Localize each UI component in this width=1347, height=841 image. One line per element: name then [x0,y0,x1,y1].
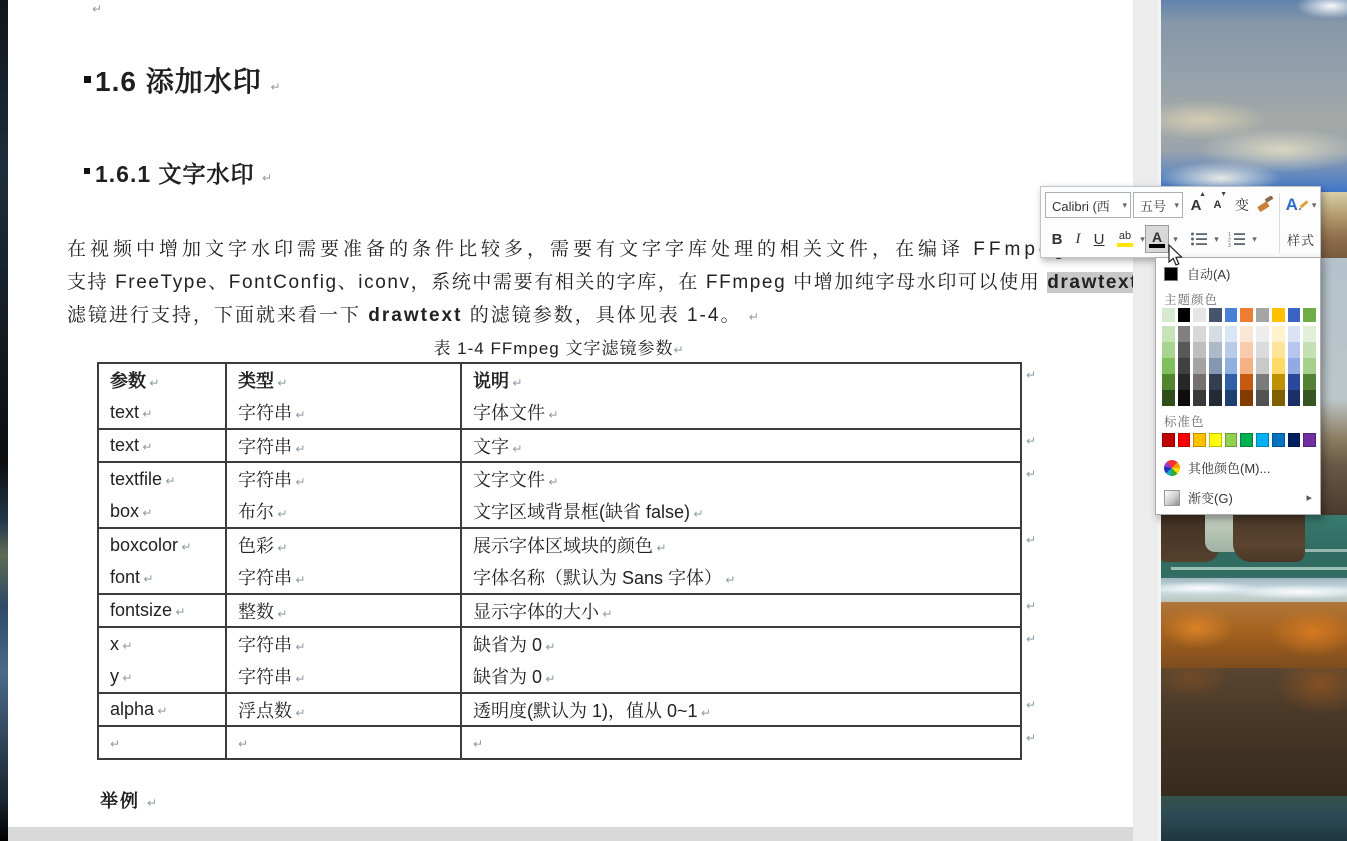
heading-1-6-1: 1.6.1 文字水印 ↵ [95,156,272,189]
theme-color-variant-swatch[interactable] [1256,374,1269,390]
table-caption: 表 1-4 FFmpeg 文字滤镜参数↵ [97,334,1020,359]
theme-color-swatch[interactable] [1162,308,1175,322]
paragraph-mark: ↵ [673,343,683,357]
automatic-color-swatch [1164,267,1178,281]
paragraph-mark: ↵ [271,80,281,94]
styles-button[interactable]: 样式 [1284,225,1318,253]
theme-color-swatch[interactable] [1209,308,1222,322]
theme-color-swatch[interactable] [1303,308,1316,322]
theme-color-variant-swatch[interactable] [1193,390,1206,406]
theme-color-variant-swatch[interactable] [1193,358,1206,374]
theme-color-variant-swatch[interactable] [1225,390,1238,406]
color-wheel-icon [1164,460,1180,476]
table-cell: 色彩 ↵ [226,528,461,561]
table-cell: 浮点数 ↵ [226,693,461,726]
theme-color-swatch[interactable] [1272,308,1285,322]
theme-color-variant-swatch[interactable] [1240,358,1253,374]
chevron-down-icon: ▾ [1174,200,1179,211]
table-cell: 布尔 ↵ [226,495,461,528]
bullet-list-button[interactable] [1187,225,1211,253]
row-end-mark: ↵ [1026,632,1036,646]
row-end-mark: ↵ [1026,698,1036,712]
row-end-mark: ↵ [1026,731,1036,745]
theme-color-variant-swatch[interactable] [1272,326,1285,342]
theme-color-variant-swatch[interactable] [1178,374,1191,390]
table-cell: 字体文件 ↵ [461,396,1021,429]
table-cell: 字符串 ↵ [226,429,461,462]
theme-color-variant-swatch[interactable] [1303,390,1316,406]
theme-color-variant-swatch[interactable] [1240,374,1253,390]
table-cell: 文字文件 ↵ [461,462,1021,495]
theme-color-variant-swatch[interactable] [1240,342,1253,358]
paragraph-mark: ↵ [92,2,102,16]
font-color-bar [1149,244,1165,248]
theme-color-variant-swatch[interactable] [1178,390,1191,406]
heading-outline-bullet [84,168,90,174]
standard-color-swatch[interactable] [1225,433,1238,447]
toolbar-separator [1279,193,1280,253]
theme-color-variant-swatch[interactable] [1162,342,1175,358]
theme-colors-label: 主题颜色 [1164,290,1218,308]
bullet-list-icon [1190,231,1208,247]
photo-wet-sand [1161,668,1347,796]
table-cell: 字体名称（默认为 Sans 字体） ↵ [461,561,1021,594]
theme-color-variant-swatch[interactable] [1303,342,1316,358]
body-paragraph-line-3: 滤镜进行支持，下面就来看一下 drawtext 的滤镜参数，具体见表 1-4。 … [67,300,759,327]
table-cell: 参数 ↵ [98,363,226,396]
table-cell: 展示字体区域块的颜色 ↵ [461,528,1021,561]
theme-color-variant-swatch[interactable] [1225,358,1238,374]
theme-color-variant-swatch[interactable] [1178,342,1191,358]
theme-color-swatch[interactable] [1178,308,1191,322]
body-paragraph-line-2: 支持 FreeType、FontConfig、iconv，系统中需要有相关的字库… [67,267,1138,294]
row-end-mark: ↵ [1026,368,1036,382]
theme-color-variant-swatch[interactable] [1162,390,1175,406]
table-cell: 字符串 ↵ [226,660,461,693]
theme-color-variant-swatch[interactable] [1288,342,1301,358]
theme-color-swatch[interactable] [1240,308,1253,322]
gradient-item[interactable]: 渐变(G) ▸ [1156,484,1320,511]
format-painter-button[interactable] [1255,192,1277,218]
standard-colors-label: 标准色 [1164,412,1205,430]
row-end-mark: ↵ [1026,434,1036,448]
theme-color-variant-swatch[interactable] [1209,374,1222,390]
left-photo-sliver [0,0,8,841]
standard-colors-row [1162,433,1316,447]
theme-color-variant-swatch[interactable] [1225,326,1238,342]
theme-color-variant-swatch[interactable] [1209,342,1222,358]
table-cell: boxcolor ↵ [98,528,226,561]
theme-color-variant-swatch[interactable] [1209,326,1222,342]
theme-color-swatch[interactable] [1193,308,1206,322]
theme-color-variant-swatch[interactable] [1178,326,1191,342]
standard-color-swatch[interactable] [1256,433,1269,447]
paragraph-mark: ↵ [147,796,157,810]
photo-shallow-water [1161,796,1347,841]
table-cell: fontsize ↵ [98,594,226,627]
table-cell: 透明度(默认为 1)，值从 0~1 ↵ [461,693,1021,726]
table-cell: ↵ [226,726,461,759]
theme-color-variant-swatch[interactable] [1209,390,1222,406]
theme-color-variant-swatch[interactable] [1303,358,1316,374]
theme-colors-variants [1162,326,1316,406]
table-cell: textfile ↵ [98,462,226,495]
photo-sunset-reflection [1161,602,1347,668]
theme-color-variant-swatch[interactable] [1288,374,1301,390]
table-cell: 字符串 ↵ [226,561,461,594]
standard-color-swatch[interactable] [1272,433,1285,447]
theme-color-variant-swatch[interactable] [1303,326,1316,342]
standard-color-swatch[interactable] [1240,433,1253,447]
photo-surf-foam [1161,578,1347,602]
pencil-icon [1298,199,1310,211]
table-cell: 字符串 ↵ [226,396,461,429]
theme-color-swatch[interactable] [1256,308,1269,322]
font-name-combo[interactable]: Calibri (西▾ [1045,192,1131,218]
shrink-font-button[interactable]: A▼ [1207,192,1228,218]
parameters-table: 参数 ↵类型 ↵说明 ↵text ↵字符串 ↵字体文件 ↵text ↵字符串 ↵… [97,362,1022,760]
row-end-mark: ↵ [1026,467,1036,481]
theme-color-variant-swatch[interactable] [1303,374,1316,390]
theme-color-variant-swatch[interactable] [1240,390,1253,406]
table-cell: 缺省为 0 ↵ [461,660,1021,693]
document-page[interactable]: ↵ 1.6 添加水印 ↵ 1.6.1 文字水印 ↵ 在视频中增加文字水印需要准备… [8,0,1133,841]
theme-color-variant-swatch[interactable] [1272,358,1285,374]
highlighted-term: drawtext [1047,272,1138,293]
table-cell: 字符串 ↵ [226,627,461,660]
theme-color-variant-swatch[interactable] [1256,358,1269,374]
phonetic-guide-button[interactable]: 变 [1230,192,1254,218]
table-cell: box ↵ [98,495,226,528]
submenu-arrow-icon: ▸ [1306,491,1312,504]
paragraph-mark: ↵ [749,310,759,324]
table-cell: 显示字体的大小 ↵ [461,594,1021,627]
row-end-mark: ↵ [1026,533,1036,547]
caret-down-icon: ▼ [1220,191,1227,198]
theme-color-variant-swatch[interactable] [1193,342,1206,358]
table-cell: 缺省为 0 ↵ [461,627,1021,660]
theme-color-swatch[interactable] [1288,308,1301,322]
table-cell: x ↵ [98,627,226,660]
table-cell: y ↵ [98,660,226,693]
theme-color-swatch[interactable] [1225,308,1238,322]
heading-outline-bullet [84,76,91,83]
table-cell: alpha ↵ [98,693,226,726]
bold-button[interactable]: B [1047,225,1067,253]
underline-button[interactable]: U [1089,225,1109,253]
table-cell: text ↵ [98,396,226,429]
table-cell: 文字 ↵ [461,429,1021,462]
font-color-button[interactable]: A [1145,225,1169,253]
caret-up-icon: ▲ [1199,191,1206,198]
font-size-combo[interactable]: 五号▾ [1133,192,1183,218]
theme-color-variant-swatch[interactable] [1240,326,1253,342]
grow-font-button[interactable]: A▲ [1185,192,1207,218]
theme-color-variant-swatch[interactable] [1272,342,1285,358]
theme-color-variant-swatch[interactable] [1162,326,1175,342]
heading-1-6: 1.6 添加水印 ↵ [95,60,281,100]
table-cell: 文字区域背景框(缺省 false) ↵ [461,495,1021,528]
more-colors-item[interactable]: 其他颜色(M)... [1156,454,1320,481]
numbered-list-dropdown[interactable]: ▾ [1249,225,1260,253]
format-painter-icon [1257,196,1275,214]
standard-color-swatch[interactable] [1178,433,1191,447]
body-paragraph-line-1: 在视频中增加文字水印需要准备的条件比较多，需要有文字字库处理的相关文件，在编译 … [67,234,1100,261]
theme-color-variant-swatch[interactable] [1288,358,1301,374]
bullet-list-dropdown[interactable]: ▾ [1211,225,1222,253]
standard-color-swatch[interactable] [1162,433,1175,447]
row-end-mark: ↵ [1026,599,1036,613]
numbered-list-button[interactable]: 1 2 3 [1225,225,1249,253]
text-effects-button[interactable]: A ▾ [1284,192,1318,218]
theme-colors-top-row [1162,308,1316,322]
theme-color-variant-swatch[interactable] [1256,326,1269,342]
mouse-cursor [1168,244,1186,268]
standard-color-swatch[interactable] [1288,433,1301,447]
font-color-picker: 自动(A) 主题颜色 标准色 其他颜色(M)... 渐变(G) ▸ [1155,257,1321,515]
theme-color-variant-swatch[interactable] [1288,390,1301,406]
screen: ↵ 1.6 添加水印 ↵ 1.6.1 文字水印 ↵ 在视频中增加文字水印需要准备… [0,0,1347,841]
table-cell: 字符串 ↵ [226,462,461,495]
italic-button[interactable]: I [1069,225,1087,253]
theme-color-variant-swatch[interactable] [1178,358,1191,374]
theme-color-variant-swatch[interactable] [1193,374,1206,390]
standard-color-swatch[interactable] [1209,433,1222,447]
theme-color-variant-swatch[interactable] [1193,326,1206,342]
theme-color-variant-swatch[interactable] [1209,358,1222,374]
highlight-color-bar [1117,243,1133,247]
svg-text:3: 3 [1228,243,1231,247]
theme-color-variant-swatch[interactable] [1256,390,1269,406]
standard-color-swatch[interactable] [1303,433,1316,447]
theme-color-variant-swatch[interactable] [1272,374,1285,390]
table-cell: ↵ [461,726,1021,759]
table-cell: font ↵ [98,561,226,594]
theme-color-variant-swatch[interactable] [1225,374,1238,390]
chevron-down-icon: ▾ [1312,200,1317,211]
table-cell: 整数 ↵ [226,594,461,627]
example-label: 举例 ↵ [100,787,157,813]
page-bottom-margin [8,827,1133,841]
theme-color-variant-swatch[interactable] [1162,358,1175,374]
standard-color-swatch[interactable] [1193,433,1206,447]
theme-color-variant-swatch[interactable] [1256,342,1269,358]
theme-color-variant-swatch[interactable] [1162,374,1175,390]
gradient-icon [1164,490,1180,506]
chevron-down-icon: ▾ [1122,200,1127,211]
theme-color-variant-swatch[interactable] [1225,342,1238,358]
numbered-list-icon: 1 2 3 [1228,231,1246,247]
paragraph-mark: ↵ [262,171,272,185]
table-cell: 说明 ↵ [461,363,1021,396]
table-cell: text ↵ [98,429,226,462]
photo-sky [1161,0,1347,192]
table-cell: 类型 ↵ [226,363,461,396]
text-highlight-button[interactable]: ab [1113,225,1137,253]
theme-color-variant-swatch[interactable] [1272,390,1285,406]
table-cell: ↵ [98,726,226,759]
theme-color-variant-swatch[interactable] [1288,326,1301,342]
